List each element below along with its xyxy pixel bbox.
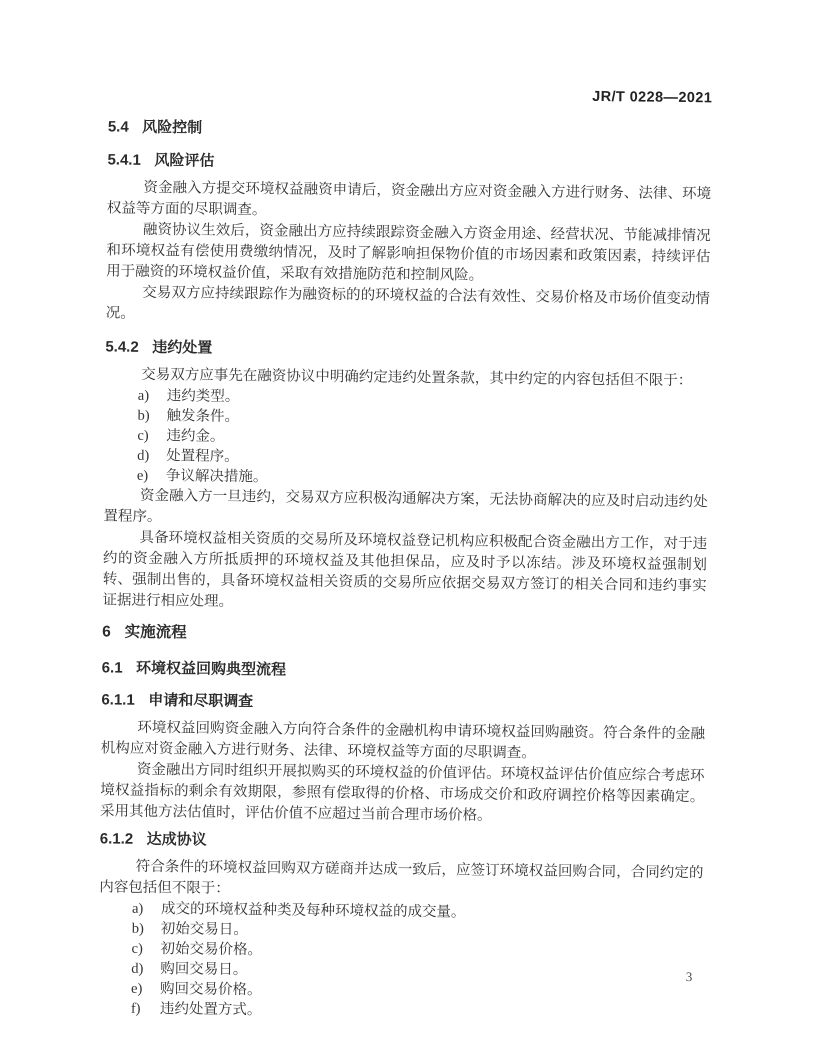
clause-title: 违约处置 [152,339,212,357]
body-paragraph: 环境权益回购资金融入方向符合条件的金融机构申请环境权益回购融资。符合条件的金融机… [101,717,705,766]
document-page: JR/T 0228—2021 5.4风险控制 5.4.1风险评估 资金融入方提交… [0,0,815,1055]
list-item-text: 违约金。 [166,428,224,445]
clause-title: 环境权益回购典型流程 [136,660,286,679]
heading-5-4: 5.4风险控制 [108,116,712,144]
list-item-marker: f) [131,999,141,1019]
clause-number: 5.4.2 [105,338,139,355]
standard-code: JR/T 0228—2021 [108,83,712,106]
clause-title: 实施流程 [125,624,187,642]
clause-title: 风险控制 [142,119,202,137]
clause-title: 风险评估 [154,152,214,170]
body-paragraph: 具备环境权益相关资质的交易所及环境权益登记机构应积极配合资金融出方工作，对于违约… [102,527,707,618]
list-item-text: 初始交易日。 [161,921,248,938]
list-item-marker: a) [132,899,143,919]
list-item-text: 违约处置方式。 [160,1001,262,1018]
list-item-marker: c) [137,426,148,446]
list-item-text: 争议解决措施。 [166,468,268,485]
list-item-marker: c) [131,939,142,959]
clause-number: 6 [102,623,111,640]
list-item-text: 违约类型。 [167,388,240,405]
list-item-marker: d) [137,446,149,466]
clause-number: 6.1.1 [101,691,135,708]
clause-title: 申请和尽职调查 [148,692,253,710]
list-item-text: 成交的环境权益种类及每种环境权益的成交量。 [161,901,466,920]
clause-title: 达成协议 [147,831,207,849]
clause-body: 5.4风险控制 5.4.1风险评估 资金融入方提交环境权益融资申请后，资金融出方… [98,106,712,1025]
body-paragraph: 资金融出方同时组织开展拟购买的环境权益的价值评估。环境权益评估价值应综合考虑环境… [100,759,705,829]
clause-number: 5.4 [108,118,129,135]
heading-6-1: 6.1环境权益回购典型流程 [102,657,706,685]
clause-number: 6.1 [102,659,123,676]
heading-6-1-1: 6.1.1申请和尽职调查 [101,689,705,717]
heading-5-4-1: 5.4.1风险评估 [107,149,711,177]
list-item-text: 购回交易价格。 [160,981,262,998]
list-item-text: 触发条件。 [167,408,240,425]
list-item-marker: b) [137,406,149,426]
body-paragraph: 资金融入方一旦违约，交易双方应积极沟通解决方案，无法协商解决的应及时启动违约处置… [103,485,707,534]
ordered-list: a) 违约类型。 b) 触发条件。 c) 违约金。 d) 处置程序。 e) [104,385,709,492]
list-item-marker: e) [137,466,148,486]
body-paragraph: 融资协议生效后，资金融出方应持续跟踪资金融入方资金用途、经营状况、节能减排情况和… [106,219,711,289]
list-item-marker: e) [131,979,142,999]
body-paragraph: 符合条件的环境权益回购双方磋商并达成一致后，应签订环境权益回购合同，合同约定的内… [99,856,703,905]
body-paragraph: 交易双方应持续跟踪作为融资标的的环境权益的合法有效性、交易价格及市场价值变动情况… [106,282,710,331]
heading-5-4-2: 5.4.2违约处置 [105,336,709,364]
list-item-marker: b) [132,919,144,939]
list-item-text: 初始交易价格。 [160,941,262,958]
page-content: JR/T 0228—2021 5.4风险控制 5.4.1风险评估 资金融入方提交… [0,0,815,1055]
list-item-marker: a) [138,386,149,406]
heading-6: 6实施流程 [102,621,706,650]
ordered-list: a) 成交的环境权益种类及每种环境权益的成交量。 b) 初始交易日。 c) 初始… [98,898,703,1025]
heading-6-1-2: 6.1.2达成协议 [100,828,704,856]
body-paragraph: 资金融入方提交环境权益融资申请后，资金融出方应对资金融入方进行财务、法律、环境权… [107,177,711,226]
clause-number: 5.4.1 [107,151,141,168]
clause-number: 6.1.2 [100,830,134,847]
list-item-text: 处置程序。 [166,448,239,465]
